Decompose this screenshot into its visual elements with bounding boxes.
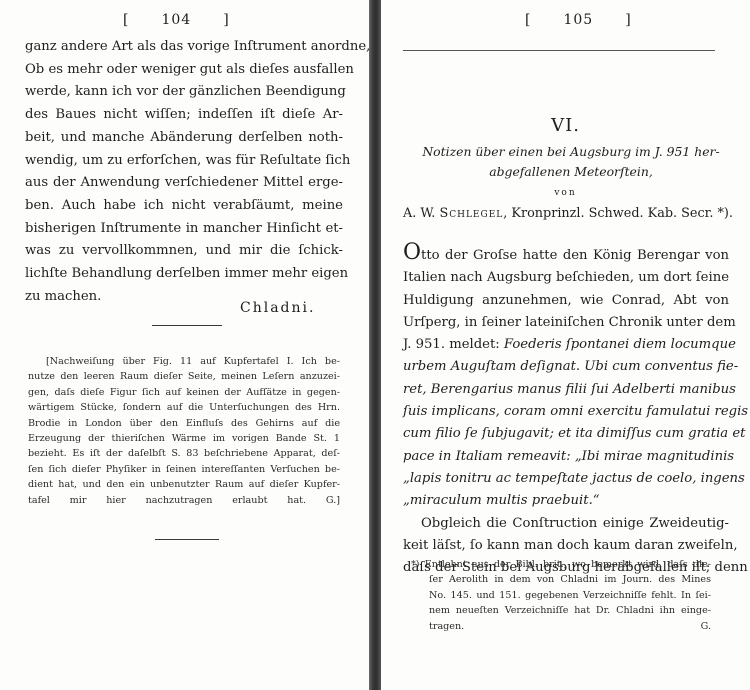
- footnote: *) Entlehnt aus der Bibl. brit., wo beme…: [411, 557, 711, 634]
- text-line: lichſte Behandlung derſelben immer mehr …: [25, 263, 343, 286]
- text-line: des Baues nicht wiſſen; indeſſen iſt die…: [25, 104, 343, 127]
- latin-line: ret, Berengarius manus filii ſui Adelber…: [403, 379, 729, 401]
- left-body-text: ganz andere Art als das vorige Inſtrumen…: [25, 36, 343, 308]
- latin-line: cum filio ſe ſubjugavit; et ita dimiſſus…: [403, 423, 729, 445]
- note-line: tafel mir hier nachzutragen erlaubt hat.…: [28, 493, 340, 508]
- text-line: Ob es mehr oder weniger gut als dieſes a…: [25, 59, 343, 82]
- text-line: Otto der Groſse hatte den König Berengar…: [403, 245, 729, 267]
- text-line: beit, und manche Abänderung derſelben no…: [25, 127, 343, 150]
- chapter-number: VI.: [381, 115, 750, 136]
- author-name: Schlegel: [439, 206, 503, 221]
- page-number-left: [104]: [123, 12, 230, 28]
- end-divider: [155, 539, 219, 540]
- footnote-line: tragen. G.: [411, 619, 711, 634]
- note-line: ſen ſich dieſer Phyſiker in ſeinen inter…: [28, 462, 340, 477]
- latin-line: ſuis implicans, coram omni exercitu famu…: [403, 401, 729, 423]
- latin-line: „lapis tonitru ac tempeſtate jactus de c…: [403, 468, 729, 490]
- byline-von: von: [381, 188, 750, 198]
- text-line: keit läſst, ſo kann man doch kaum daran …: [403, 535, 729, 557]
- note-line: nutze den leeren Raum dieſer Seite, mein…: [28, 369, 340, 384]
- note-line: gen, daſs dieſe Figur ſich auf keinen de…: [28, 385, 340, 400]
- editor-note: [Nachweiſung über Fig. 11 auf Kupfertafe…: [28, 354, 340, 508]
- text-line: Obgleich die Conſtruction einige Zweideu…: [403, 513, 729, 535]
- text-line: ganz andere Art als das vorige Inſtrumen…: [25, 36, 343, 59]
- footnote-line: *) Entlehnt aus der Bibl. brit., wo beme…: [411, 557, 711, 572]
- text-line: Italien nach Augsburg beſchieden, um dor…: [403, 267, 729, 289]
- footnote-line: ſer Aerolith in dem von Chladni im Journ…: [411, 572, 711, 587]
- footnote-line: nem neueſten Verzeichniſſe hat Dr. Chlad…: [411, 603, 711, 618]
- author-initials: A. W.: [403, 206, 435, 221]
- text-line: ben. Auch habe ich nicht verabſäumt, mei…: [25, 195, 343, 218]
- signature-chladni: Chladni.: [240, 300, 315, 316]
- footnote-line: No. 145. und 151. gegebenen Verzeichniſſ…: [411, 588, 711, 603]
- note-line: dient hat, und den ein unbenutzter Raum …: [28, 477, 340, 492]
- article-title: Notizen über einen bei Augsburg im J. 95…: [401, 142, 741, 182]
- note-line: [Nachweiſung über Fig. 11 auf Kupfertafe…: [28, 354, 340, 369]
- latin-line: „miraculum multis praebuit.“: [403, 490, 729, 512]
- right-page: [105] VI. Notizen über einen bei Augsbur…: [381, 0, 750, 690]
- left-page: [104] ganz andere Art als das vorige Inſ…: [0, 0, 369, 690]
- drop-cap: O: [403, 240, 421, 265]
- note-line: wärtigem Stücke, ſondern auf die Unterſu…: [28, 400, 340, 415]
- text-line: Urſperg, in ſeiner lateiniſchen Chronik …: [403, 312, 729, 334]
- latin-line: pace in Italiam remeavit: „Ibi mirae mag…: [403, 446, 729, 468]
- right-body-text: Otto der Groſse hatte den König Berengar…: [403, 245, 729, 579]
- note-line: Brodie in London über den Einfluſs des G…: [28, 416, 340, 431]
- header-rule: [403, 50, 715, 51]
- note-line: Erzeugung der thieriſchen Wärme im vorig…: [28, 431, 340, 446]
- text-line: J. 951. meldet: Foederis ſpontanei diem …: [403, 334, 729, 356]
- section-divider: [152, 325, 222, 326]
- page-number-right: [105]: [525, 12, 632, 28]
- latin-line: urbem Auguſtam deſignat. Ubi cum convent…: [403, 356, 729, 378]
- text-line: Huldigung anzunehmen, wie Conrad, Abt vo…: [403, 290, 729, 312]
- note-line: bezieht. Es iſt der daſelbſt S. 83 beſch…: [28, 446, 340, 461]
- book-spine-gutter: [369, 0, 381, 690]
- text-line: wendig, um zu erforſchen, was für Reſult…: [25, 150, 343, 173]
- text-line: werde, kann ich vor der gänzlichen Beend…: [25, 81, 343, 104]
- author-line: A. W. Schlegel, Kronprinzl. Schwed. Kab.…: [403, 206, 733, 221]
- author-title: , Kronprinzl. Schwed. Kab. Secr. *).: [503, 206, 733, 221]
- text-line: was zu vervollkommnen, und mir die ſchic…: [25, 240, 343, 263]
- text-line: aus der Anwendung verſchiedener Mittel e…: [25, 172, 343, 195]
- text-line: bisherigen Inſtrumente in mancher Hinſic…: [25, 218, 343, 241]
- title-line: abgefallenen Meteorſtein,: [401, 162, 741, 182]
- title-line: Notizen über einen bei Augsburg im J. 95…: [401, 142, 741, 162]
